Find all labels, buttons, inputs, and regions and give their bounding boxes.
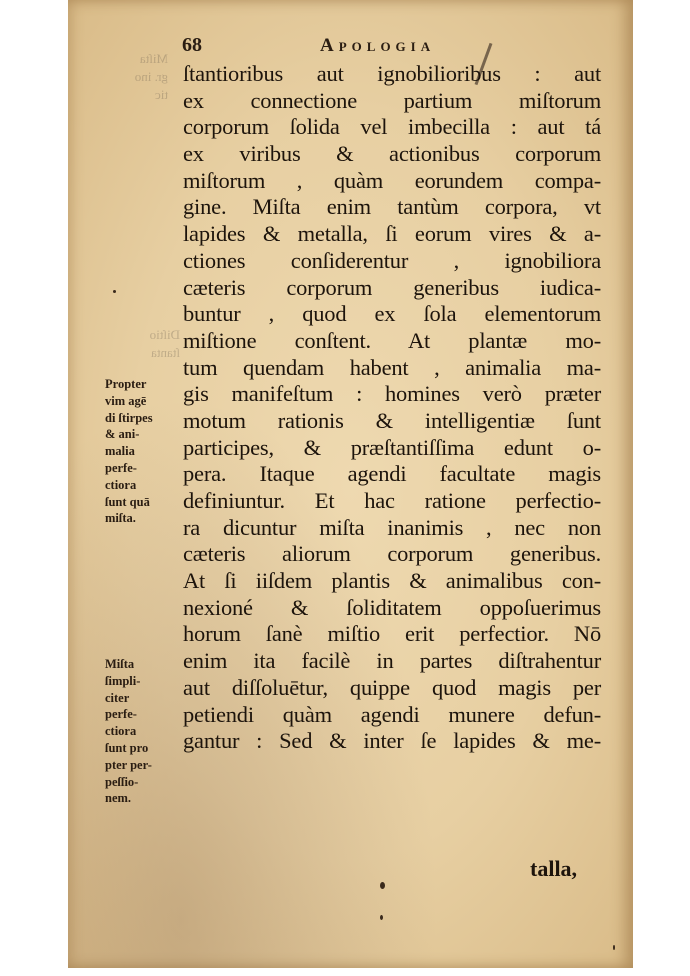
margin-note-line: ſunt quā — [105, 494, 181, 511]
text-line: tum quendam habent , animalia ma- — [183, 355, 601, 382]
text-line: horum ſanè miſtio erit perfectior. Nō — [183, 621, 601, 648]
body-text: ſtantioribus aut ignobilioribus : aut ex… — [183, 61, 601, 755]
text-line: nexioné & ſoliditatem oppoſuerimus — [183, 595, 601, 622]
margin-note-mista: Miſta ſimpli- citer perfe- ctiora ſunt p… — [105, 656, 181, 807]
margin-note-line: vim agē — [105, 393, 181, 410]
margin-note-line: perfe- — [105, 706, 181, 723]
bleed-through-mid-left: Diſtio ſtanta — [124, 326, 180, 362]
ink-speck — [380, 915, 383, 920]
text-line: ra dicuntur miſta inanimis , nec non — [183, 515, 601, 542]
margin-note-line: peſſio- — [105, 774, 181, 791]
text-line: At ſi iiſdem plantis & animalibus con- — [183, 568, 601, 595]
text-line: lapides & metalla, ſi eorum vires & a- — [183, 221, 601, 248]
text-line: miſtorum , quàm eorundem compa- — [183, 168, 601, 195]
page-number: 68 — [182, 34, 202, 57]
text-line: definiuntur. Et hac ratione perfectio- — [183, 488, 601, 515]
bleed-line: gr. ino — [108, 68, 168, 86]
text-line: motum rationis & intelligentiæ ſunt — [183, 408, 601, 435]
bleed-line: Miſta — [108, 50, 168, 68]
page-header: 68 Apologia — [182, 34, 582, 60]
ink-speck — [380, 882, 385, 889]
ink-speck — [613, 945, 615, 950]
margin-note-line: nem. — [105, 790, 181, 807]
bleed-line: tic — [108, 86, 168, 104]
margin-note-line: ctiora — [105, 477, 181, 494]
margin-note-line: ſimpli- — [105, 673, 181, 690]
text-line: ctiones conſiderentur , ignobiliora — [183, 248, 601, 275]
text-line: ex connectione partium miſtorum — [183, 88, 601, 115]
bleed-through-top-left: Miſta gr. ino tic — [108, 50, 168, 104]
text-line: participes, & præſtantiſſima edunt o- — [183, 435, 601, 462]
margin-note-line: pter per- — [105, 757, 181, 774]
ink-speck — [113, 290, 116, 293]
margin-note-line: di ſtirpes — [105, 410, 181, 427]
text-line: cæteris aliorum corporum generibus. — [183, 541, 601, 568]
margin-note-line: malia — [105, 443, 181, 460]
text-line: enim ita facilè in partes diſtrahentur — [183, 648, 601, 675]
text-line: miſtione conſtent. At plantæ mo- — [183, 328, 601, 355]
margin-note-line: ſunt pro — [105, 740, 181, 757]
text-line: gantur : Sed & inter ſe lapides & me- — [183, 728, 601, 755]
text-line: ex viribus & actionibus corporum — [183, 141, 601, 168]
margin-note-line: ctiora — [105, 723, 181, 740]
text-line: buntur , quod ex ſola elementorum — [183, 301, 601, 328]
book-page: Miſta gr. ino tic Diſtio ſtanta 68 Apolo… — [68, 0, 633, 968]
text-line: petiendi quàm agendi munere defun- — [183, 702, 601, 729]
text-line: aut diſſoluētur, quippe quod magis per — [183, 675, 601, 702]
margin-note-line: Miſta — [105, 656, 181, 673]
bleed-line: Diſtio — [124, 326, 180, 344]
margin-note-propter: Propter vim agē di ſtirpes & ani- malia … — [105, 376, 181, 527]
catchword: talla, — [530, 856, 577, 882]
text-line: gine. Miſta enim tantùm corpora, vt — [183, 194, 601, 221]
margin-note-line: miſta. — [105, 510, 181, 527]
text-line: cæteris corporum generibus iudica- — [183, 275, 601, 302]
text-line: pera. Itaque agendi facultate magis — [183, 461, 601, 488]
text-line: corporum ſolida vel imbecilla : aut tá — [183, 114, 601, 141]
bleed-line: ſtanta — [124, 344, 180, 362]
margin-note-line: citer — [105, 690, 181, 707]
text-line: gis manifeſtum : homines verò præter — [183, 381, 601, 408]
margin-note-line: & ani- — [105, 426, 181, 443]
running-title: Apologia — [320, 35, 435, 57]
margin-note-line: Propter — [105, 376, 181, 393]
text-line: ſtantioribus aut ignobilioribus : aut — [183, 61, 601, 88]
margin-note-line: perfe- — [105, 460, 181, 477]
